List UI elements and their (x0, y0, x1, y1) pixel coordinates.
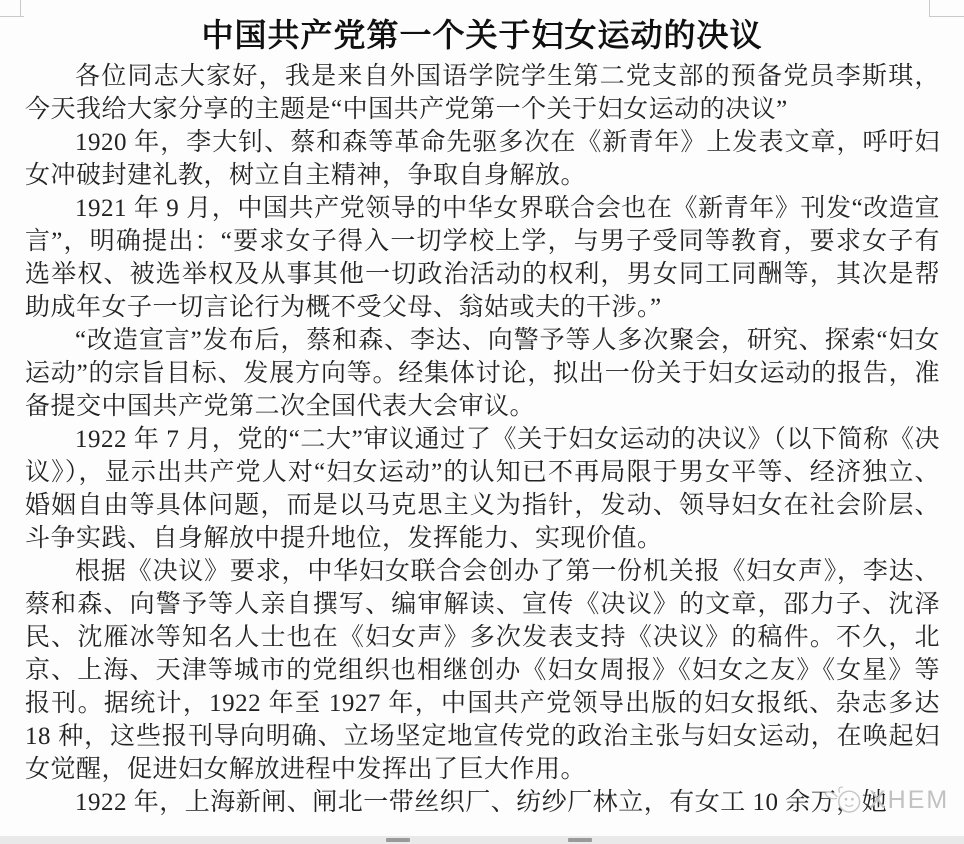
paragraph-1921: 1921 年 9 月，中国共产党领导的中华女界联合会也在《新青年》刊发“改造宣言… (25, 192, 940, 324)
paragraph-1922-resolution: 1922 年 7 月，党的“二大”审议通过了《关于妇女运动的决议》（以下简称《决… (25, 423, 940, 555)
paragraph-intro: 各位同志大家好，我是来自外国语学院学生第二党支部的预备党员李斯琪，今天我给大家分… (25, 60, 940, 126)
paragraph-1920: 1920 年，李大钊、蔡和森等革命先驱多次在《新青年》上发表文章，呼吁妇女冲破封… (25, 126, 940, 192)
document-title: 中国共产党第一个关于妇女运动的决议 (0, 16, 964, 54)
top-left-corner-mark (20, 0, 21, 17)
cropped-glyph-top (568, 838, 592, 842)
top-left-corner-mark (0, 16, 24, 17)
paragraph-press: 根据《决议》要求，中华妇女联合会创办了第一份机关报《妇女声》，李达、蔡和森、向警… (25, 555, 940, 786)
paragraph-manifesto: “改造宣言”发布后，蔡和森、李达、向警予等人多次聚会，研究、探索“妇女运动”的宗… (25, 324, 940, 423)
cropped-glyph-top (386, 838, 410, 842)
top-right-corner-mark (929, 16, 964, 17)
top-right-corner-mark (929, 0, 930, 17)
document-page: 中国共产党第一个关于妇女运动的决议 各位同志大家好，我是来自外国语学院学生第二党… (0, 0, 964, 844)
paragraph-factories-cutoff: 1922 年，上海新闸、闸北一带丝织厂、纺纱厂林立，有女工 10 余万，她 (25, 786, 940, 819)
document-body: 各位同志大家好，我是来自外国语学院学生第二党支部的预备党员李斯琪，今天我给大家分… (0, 60, 964, 819)
cropped-next-line-strip (0, 836, 964, 844)
